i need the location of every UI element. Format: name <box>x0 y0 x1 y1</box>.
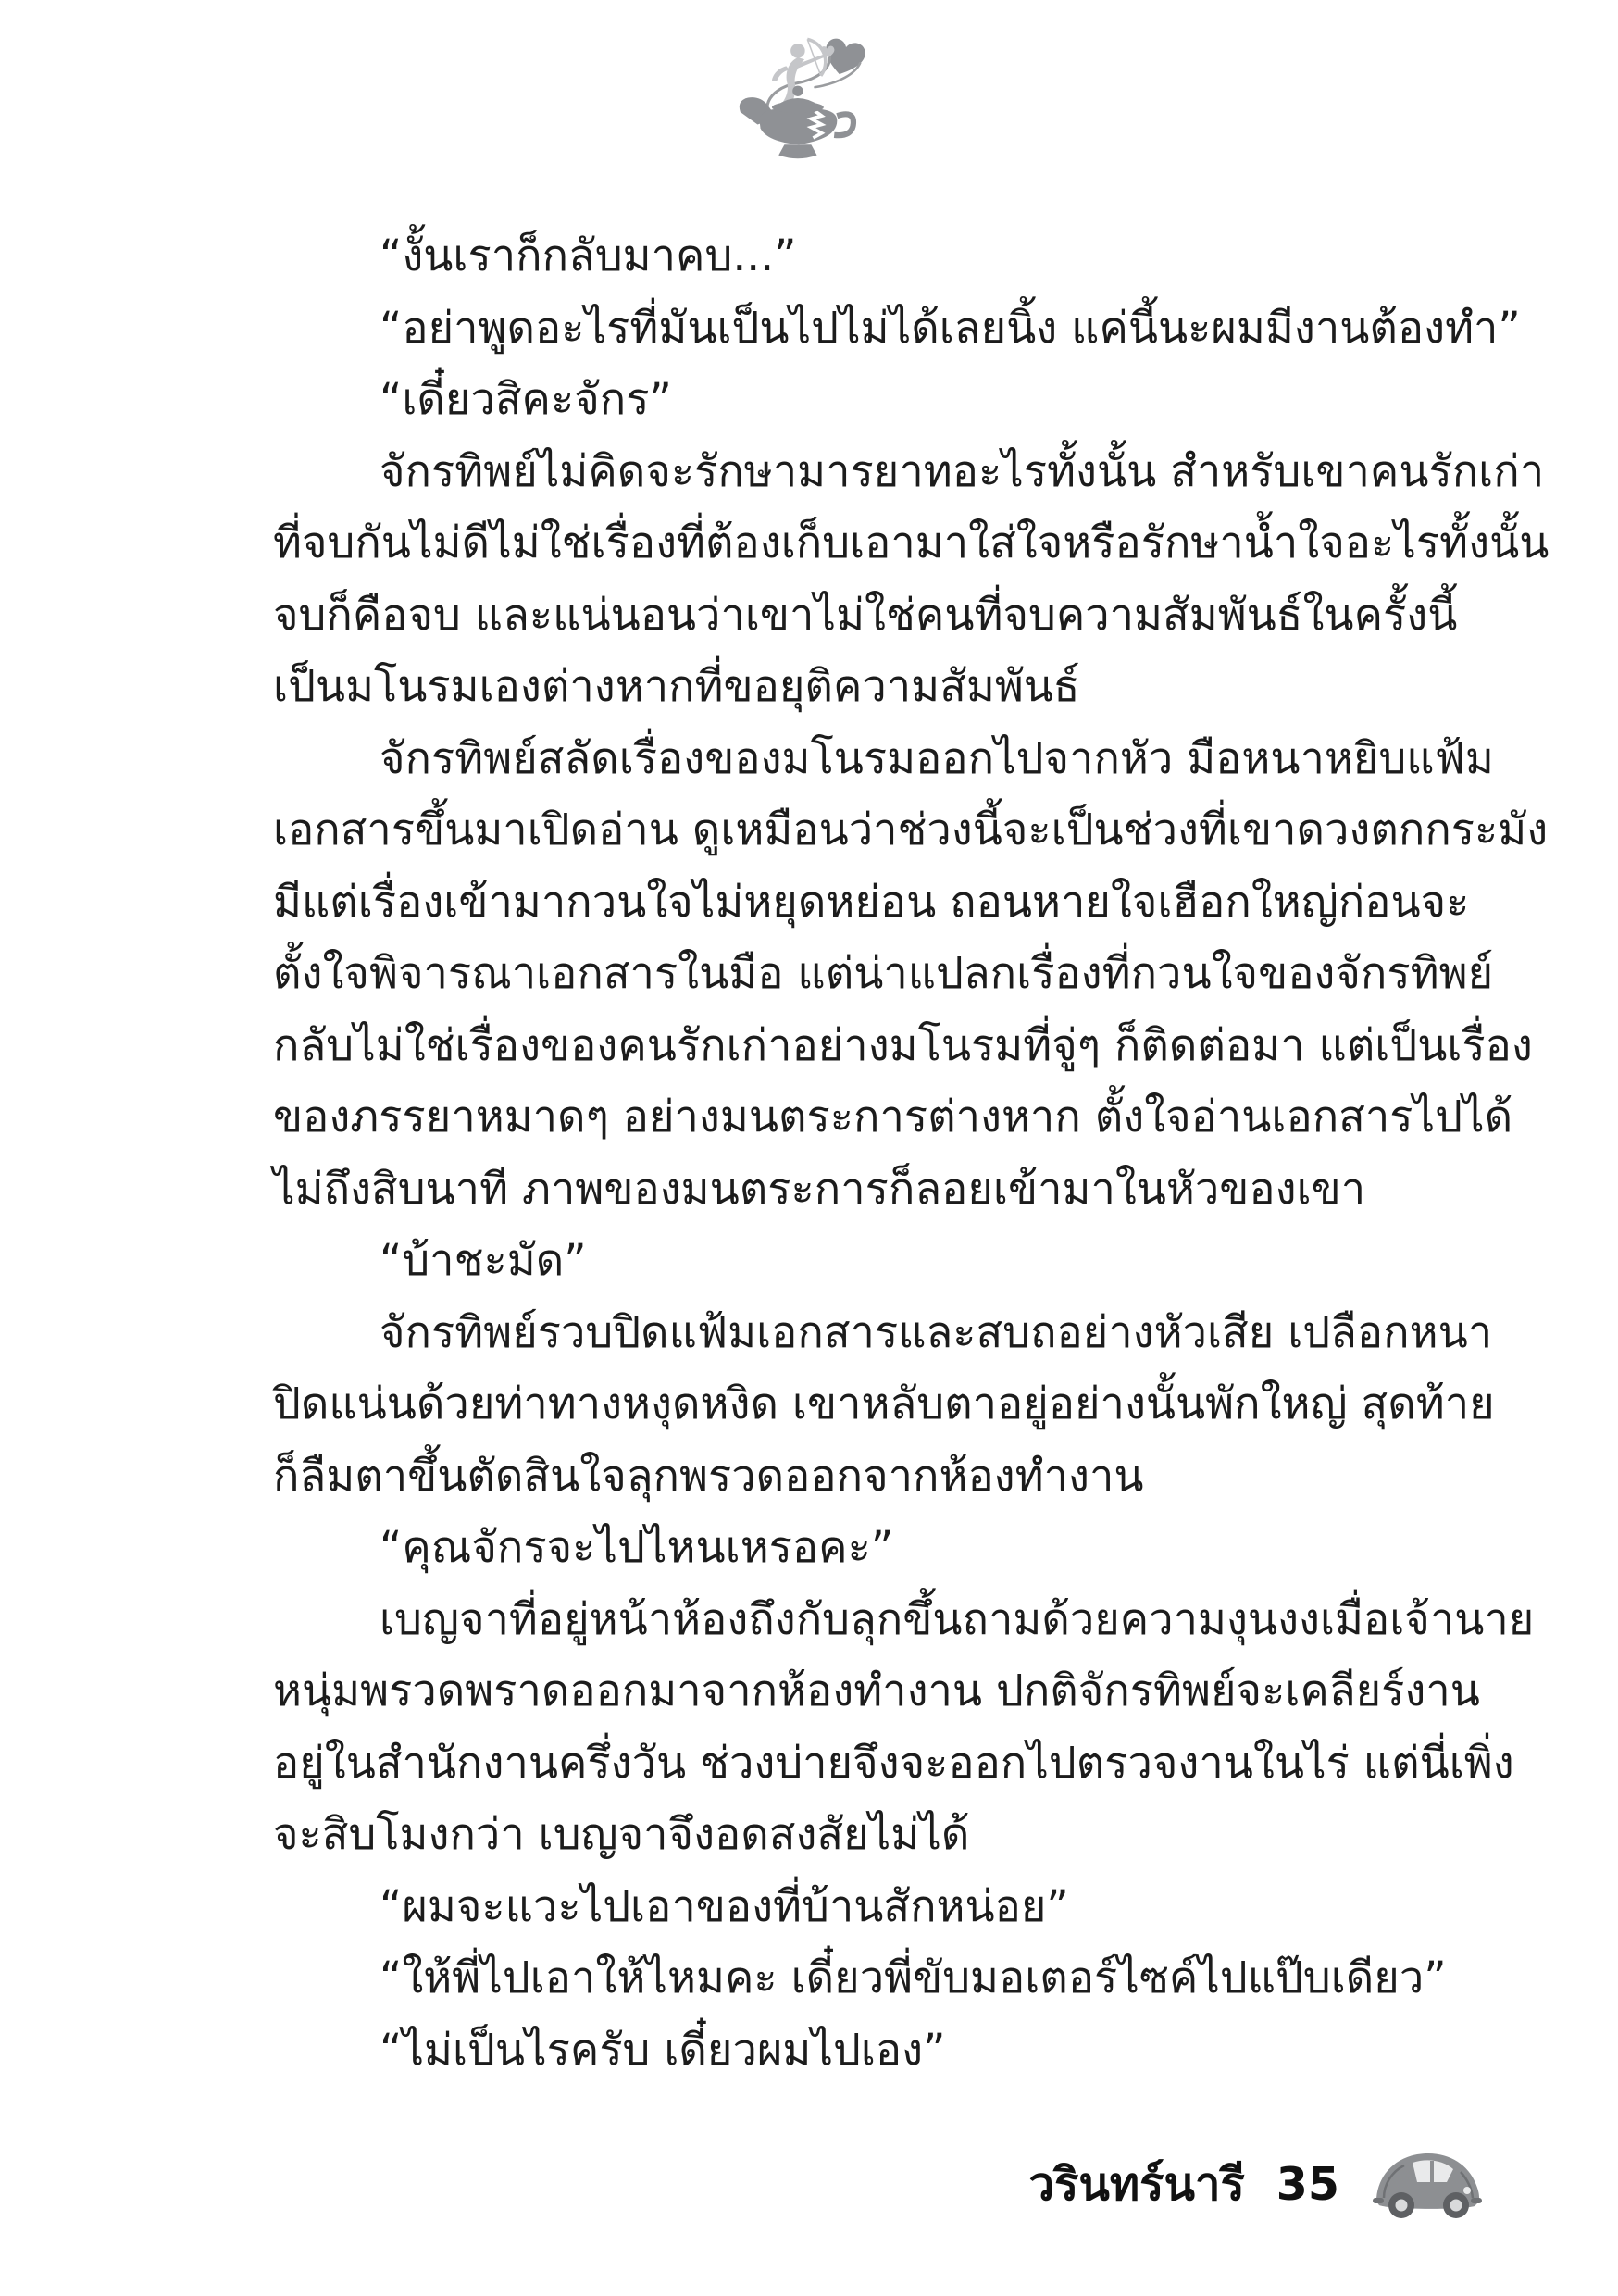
page-number: 35 <box>1276 2158 1339 2211</box>
text-line: จักรทิพย์ไม่คิดจะรักษามารยาทอะไรทั้งนั้น… <box>273 436 1486 508</box>
body-text: “งั้นเราก็กลับมาคบ...”“อย่าพูดอะไรที่มัน… <box>273 220 1486 2086</box>
vw-beetle-car-icon <box>1371 2144 1484 2224</box>
book-page: “งั้นเราก็กลับมาคบ...”“อย่าพูดอะไรที่มัน… <box>0 0 1618 2296</box>
text-line: กลับไม่ใช่เรื่องของคนรักเก่าอย่างมโนรมที… <box>273 1010 1486 1082</box>
text-line: ไม่ถึงสิบนาที ภาพของมนตระการก็ลอยเข้ามาใ… <box>273 1154 1486 1226</box>
text-line: อยู่ในสำนักงานครึ่งวัน ช่วงบ่ายจึงจะออกไ… <box>273 1728 1486 1800</box>
text-line: “คุณจักรจะไปไหนเหรอคะ” <box>273 1512 1486 1584</box>
text-line: ปิดแน่นด้วยท่าทางหงุดหงิด เขาหลับตาอยู่อ… <box>273 1368 1486 1441</box>
text-line: เบญจาที่อยู่หน้าห้องถึงกับลุกขึ้นถามด้วย… <box>273 1584 1486 1656</box>
book-title: วรินทร์นารี <box>1029 2148 1245 2220</box>
text-line: “งั้นเราก็กลับมาคบ...” <box>273 220 1486 293</box>
heart-icon <box>820 36 867 79</box>
text-line: “เดี๋ยวสิคะจักร” <box>273 364 1486 436</box>
text-line: จักรทิพย์รวบปิดแฟ้มเอกสารและสบถอย่างหัวเ… <box>273 1297 1486 1369</box>
text-line: จักรทิพย์สลัดเรื่องของมโนรมออกไปจากหัว ม… <box>273 723 1486 795</box>
text-line: มีแต่เรื่องเข้ามากวนใจไม่หยุดหย่อน ถอนหา… <box>273 867 1486 939</box>
cupid-genie-lamp-ornament-icon <box>727 28 875 167</box>
text-line: “ไม่เป็นไรครับ เดี๋ยวผมไปเอง” <box>273 2015 1486 2087</box>
page-footer: วรินทร์นารี 35 <box>1029 2144 1484 2224</box>
text-line: จบก็คือจบ และแน่นอนว่าเขาไม่ใช่คนที่จบคว… <box>273 580 1486 652</box>
text-line: ของภรรยาหมาดๆ อย่างมนตระการต่างหาก ตั้งใ… <box>273 1081 1486 1154</box>
text-line: “บ้าชะมัด” <box>273 1225 1486 1297</box>
text-line: ก็ลืมตาขึ้นตัดสินใจลุกพรวดออกจากห้องทำงา… <box>273 1441 1486 1513</box>
text-line: “ผมจะแวะไปเอาของที่บ้านสักหน่อย” <box>273 1871 1486 1943</box>
genie-lamp-icon <box>740 86 853 159</box>
text-line: “อย่าพูดอะไรที่มันเป็นไปไม่ได้เลยนิ้ง แค… <box>273 293 1486 365</box>
text-line: ที่จบกันไม่ดีไม่ใช่เรื่องที่ต้องเก็บเอาม… <box>273 507 1486 580</box>
text-line: “ให้พี่ไปเอาให้ไหมคะ เดี๋ยวพี่ขับมอเตอร์… <box>273 1942 1486 2015</box>
text-line: เป็นมโนรมเองต่างหากที่ขอยุติความสัมพันธ์ <box>273 651 1486 723</box>
text-line: หนุ่มพรวดพราดออกมาจากห้องทำงาน ปกติจักรท… <box>273 1655 1486 1728</box>
text-line: ตั้งใจพิจารณาเอกสารในมือ แต่น่าแปลกเรื่อ… <box>273 938 1486 1010</box>
text-line: จะสิบโมงกว่า เบญจาจึงอดสงสัยไม่ได้ <box>273 1799 1486 1871</box>
text-line: เอกสารขึ้นมาเปิดอ่าน ดูเหมือนว่าช่วงนี้จ… <box>273 794 1486 867</box>
